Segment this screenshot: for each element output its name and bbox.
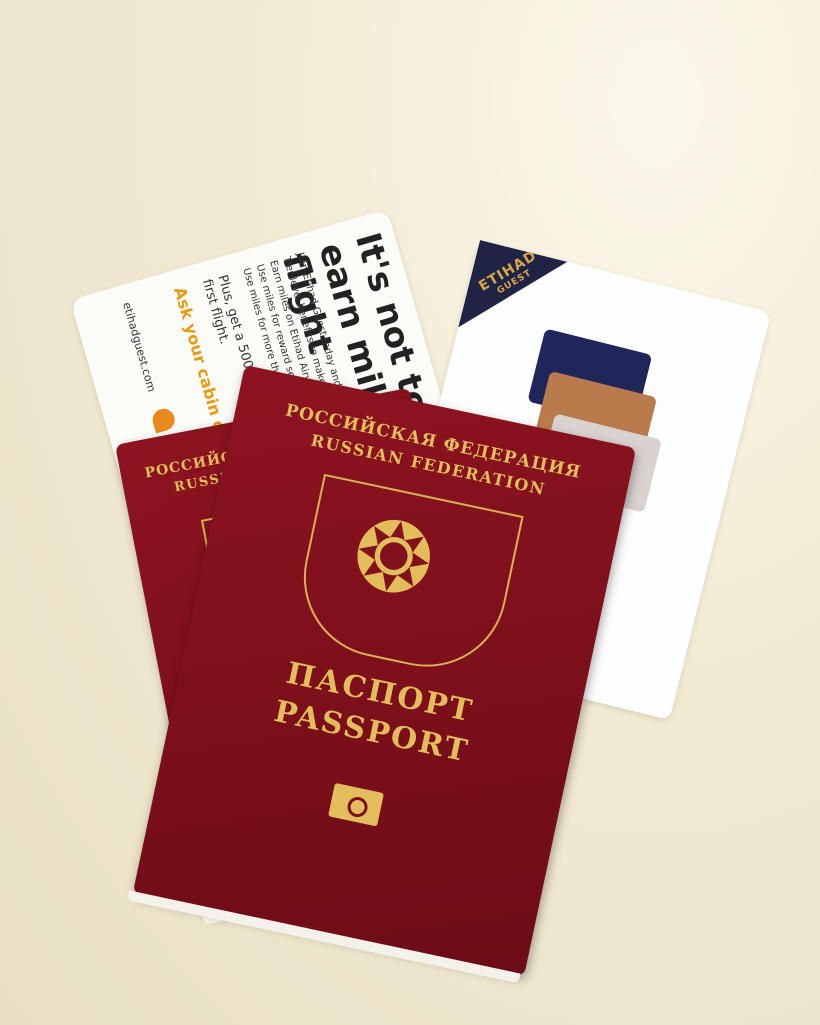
etihad-partners-logo-icon [150,406,177,433]
biometric-chip-icon [328,783,384,827]
passport-pages [127,890,520,983]
ad-website: etihadguest.com [120,301,158,394]
